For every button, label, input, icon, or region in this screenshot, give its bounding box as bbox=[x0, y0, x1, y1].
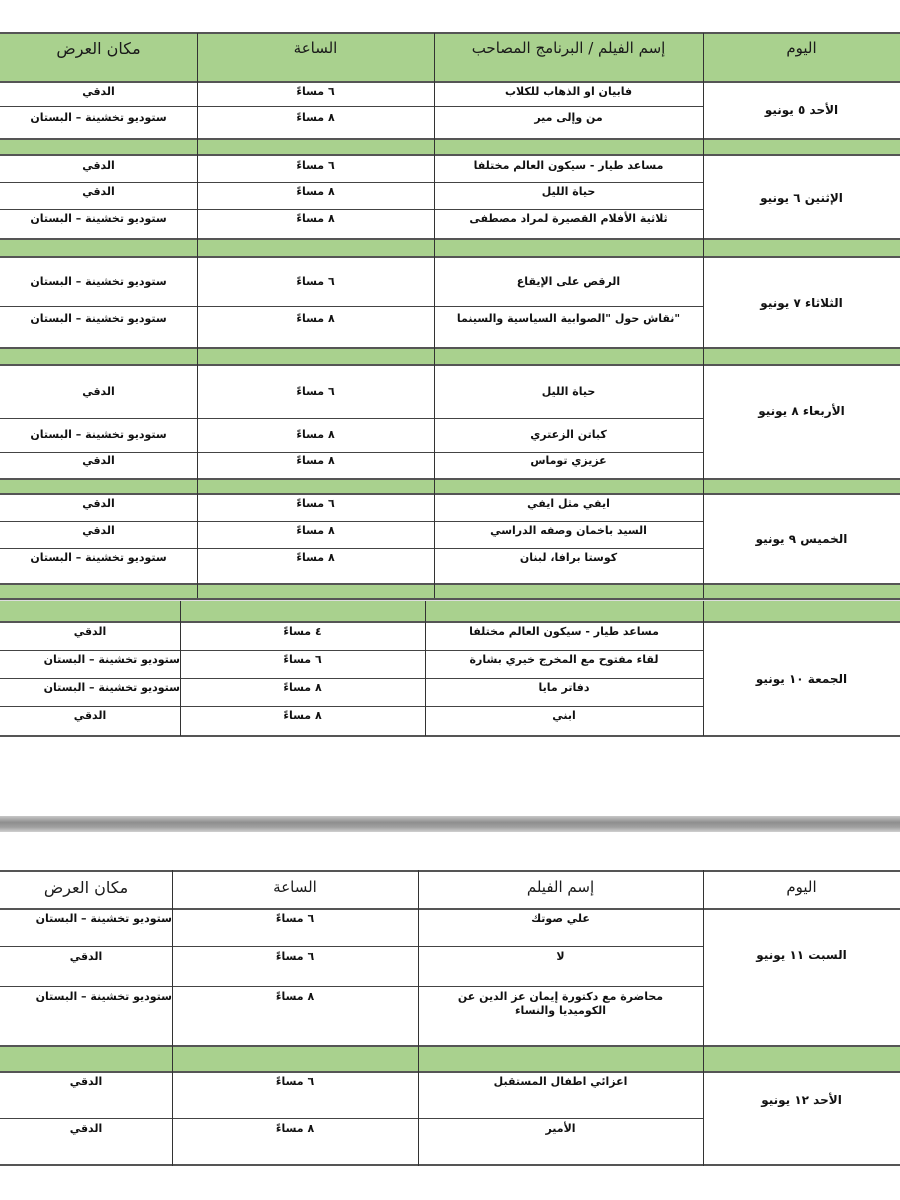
table1-header-venue: مكان العرض bbox=[0, 33, 197, 63]
venue: الدقي bbox=[0, 495, 197, 519]
venue: الدقي bbox=[0, 1073, 172, 1117]
film-title: دفاتر مايا bbox=[425, 680, 703, 706]
separator-row bbox=[0, 1047, 900, 1071]
venue: ستوديو تخشينة – البستان bbox=[0, 109, 197, 137]
table2-header-venue: مكان العرض bbox=[0, 872, 172, 902]
film-title: مساعد طيار - سيكون العالم مختلفا bbox=[425, 623, 703, 649]
separator-row bbox=[0, 240, 900, 257]
show-time: ٨ مساءً bbox=[197, 109, 434, 137]
film-title: لا bbox=[418, 948, 703, 986]
venue: الدقي bbox=[0, 366, 197, 418]
venue: ستوديو تخشينة – البستان bbox=[0, 211, 197, 239]
show-time: ٦ مساءً bbox=[197, 366, 434, 418]
film-title: الأمير bbox=[418, 1120, 703, 1164]
table2-header-day: اليوم bbox=[703, 872, 900, 902]
show-time: ٦ مساءً bbox=[197, 157, 434, 181]
day-cell: السبت ١١ يونيو bbox=[703, 910, 900, 1006]
venue: ستوديو تخشينة – البستان bbox=[0, 310, 197, 348]
day-cell: الجمعة ١٠ يونيو bbox=[703, 623, 900, 735]
day-cell: الأربعاء ٨ يونيو bbox=[703, 366, 900, 478]
venue: ستوديو تخشينة – البستان bbox=[0, 910, 172, 946]
film-title: حياة الليل bbox=[434, 184, 703, 208]
show-time: ٦ مساءً bbox=[172, 1073, 418, 1117]
show-time: ٤ مساءً bbox=[180, 623, 425, 649]
show-time: ٨ مساءً bbox=[172, 1120, 418, 1164]
film-title: علي صوتك bbox=[418, 910, 703, 946]
day-cell: الأحد ١٢ يونيو bbox=[703, 1073, 900, 1165]
film-title: اعزائي اطفال المستقبل bbox=[418, 1073, 703, 1117]
show-time: ٨ مساءً bbox=[197, 550, 434, 583]
show-time: ٦ مساءً bbox=[172, 910, 418, 946]
film-title: كباتن الزعتري bbox=[434, 419, 703, 451]
table1-header-time: الساعة bbox=[197, 33, 434, 63]
film-title: من وإلى مير bbox=[434, 109, 703, 137]
film-title: الرقص على الإيقاع bbox=[434, 258, 703, 306]
film-title: ثلاثية الأفلام القصيرة لمراد مصطفى bbox=[434, 211, 703, 239]
venue: ستوديو تخشينة – البستان bbox=[0, 652, 180, 678]
film-title: لقاء مفتوح مع المخرج خيري بشارة bbox=[425, 652, 703, 678]
day-cell: الإثنين ٦ يونيو bbox=[703, 156, 900, 239]
venue: ستوديو تخشينة – البستان bbox=[0, 680, 180, 706]
separator-row bbox=[0, 601, 900, 621]
table2-header-time: الساعة bbox=[172, 872, 418, 902]
film-title: كوستا برافا، لبنان bbox=[434, 550, 703, 583]
show-time: ٨ مساءً bbox=[197, 184, 434, 208]
film-title: مساعد طيار - سيكون العالم مختلفا bbox=[434, 157, 703, 181]
venue: ستوديو تخشينة – البستان bbox=[0, 550, 197, 583]
show-time: ٦ مساءً bbox=[180, 652, 425, 678]
show-time: ٨ مساءً bbox=[197, 523, 434, 547]
day-cell: الخميس ٩ يونيو bbox=[703, 495, 900, 583]
venue: الدقي bbox=[0, 708, 180, 735]
venue: الدقي bbox=[0, 1120, 172, 1164]
venue: ستوديو تخشينة – البستان bbox=[0, 258, 197, 306]
film-title: ايفي مثل ايفي bbox=[434, 495, 703, 519]
venue: الدقي bbox=[0, 453, 197, 478]
venue: الدقي bbox=[0, 523, 197, 547]
show-time: ٦ مساءً bbox=[197, 258, 434, 306]
venue: الدقي bbox=[0, 184, 197, 208]
show-time: ٨ مساءً bbox=[197, 453, 434, 478]
separator-row bbox=[0, 585, 900, 598]
venue: ستوديو تخشينة – البستان bbox=[0, 419, 197, 451]
film-title: حياة الليل bbox=[434, 366, 703, 418]
venue: الدقي bbox=[0, 623, 180, 649]
separator-row bbox=[0, 140, 900, 155]
venue: ستوديو تخشينة – البستان bbox=[0, 988, 172, 1046]
separator-row bbox=[0, 480, 900, 494]
schedule-table-1: مكان العرض الساعة إسم الفيلم / البرنامج … bbox=[0, 33, 900, 736]
day-cell: الأحد ٥ يونيو bbox=[703, 82, 900, 138]
show-time: ٦ مساءً bbox=[197, 495, 434, 519]
show-time: ٨ مساءً bbox=[180, 680, 425, 706]
table2-header-film: إسم الفيلم bbox=[418, 872, 703, 902]
show-time: ٨ مساءً bbox=[197, 419, 434, 451]
table1-header-day: اليوم bbox=[703, 33, 900, 63]
film-title: السيد باخمان وصفه الدراسي bbox=[434, 523, 703, 547]
film-title: ابني bbox=[425, 708, 703, 735]
film-title: "نقاش حول "الصوابية السياسية والسينما bbox=[434, 310, 703, 348]
show-time: ٨ مساءً bbox=[172, 988, 418, 1046]
show-time: ٨ مساءً bbox=[180, 708, 425, 735]
separator-row bbox=[0, 349, 900, 365]
film-title: محاضرة مع دكتورة إيمان عز الدين عن الكوم… bbox=[418, 988, 703, 1046]
film-title: عزيزي توماس bbox=[434, 453, 703, 478]
show-time: ٨ مساءً bbox=[197, 211, 434, 239]
show-time: ٦ مساءً bbox=[172, 948, 418, 986]
schedule-table-2: مكان العرض الساعة إسم الفيلم اليوم السبت… bbox=[0, 870, 900, 1166]
show-time: ٨ مساءً bbox=[197, 310, 434, 348]
page-divider bbox=[0, 816, 900, 832]
day-cell: الثلاثاء ٧ يونيو bbox=[703, 258, 900, 348]
table1-header-film: إسم الفيلم / البرنامج المصاحب bbox=[434, 33, 703, 63]
venue: الدقي bbox=[0, 948, 172, 986]
venue: الدقي bbox=[0, 157, 197, 181]
